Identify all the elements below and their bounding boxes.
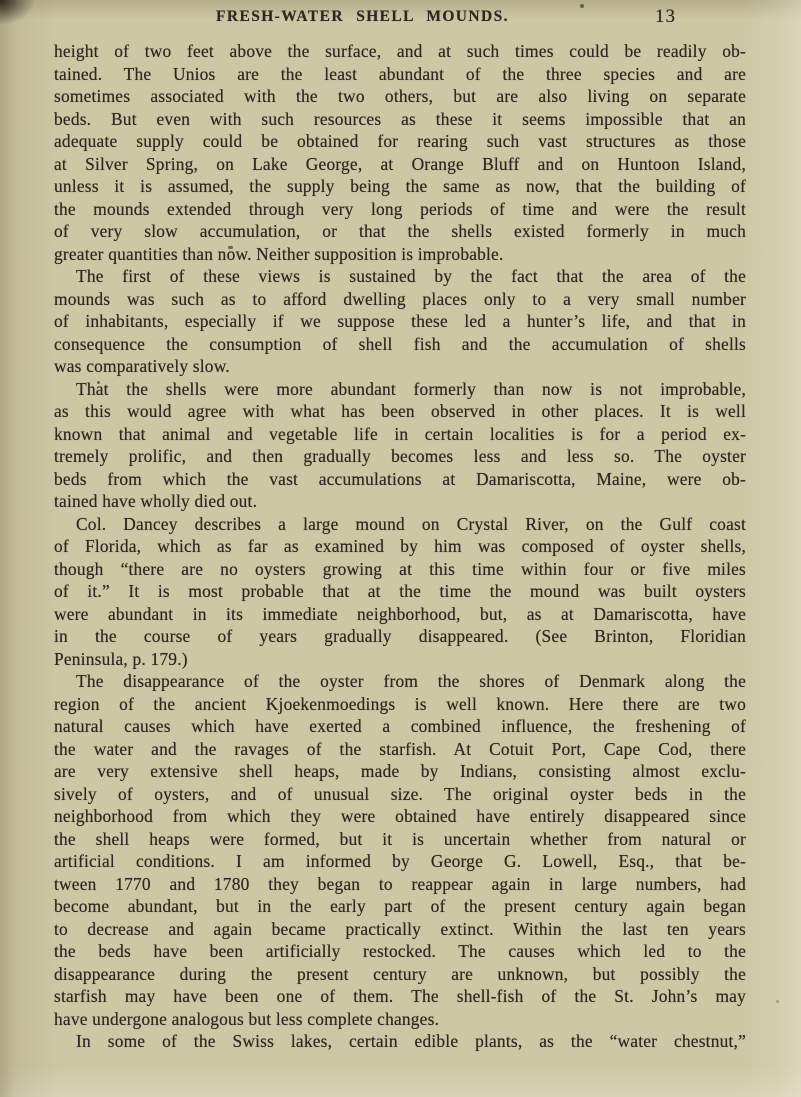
text-line: unless it is assumed, the supply being t… (54, 175, 746, 198)
text-line: of it.” It is most probable that at the … (54, 580, 746, 603)
text-line: tained. The Unios are the least abundant… (54, 63, 746, 86)
scan-speck (228, 246, 233, 249)
text-line: as this would agree with what has been o… (54, 400, 746, 423)
page-number: 13 (655, 6, 676, 28)
running-header-title: FRESH-WATER SHELL MOUNDS. (216, 8, 509, 26)
text-line: beds from which the vast accumulations a… (54, 468, 746, 491)
text-line: of inhabitants, especially if we suppose… (54, 310, 746, 333)
text-line: natural causes which have exerted a comb… (54, 715, 746, 738)
text-line: at Silver Spring, on Lake George, at Ora… (54, 153, 746, 176)
text-line: beds. But even with such resources as th… (54, 108, 746, 131)
text-line: Peninsula, p. 179.) (54, 648, 746, 671)
text-line: starfish may have been one of them. The … (54, 985, 746, 1008)
paragraph: The disappearance of the oyster from the… (54, 670, 746, 1030)
text-line: of very slow accumulation, or that the s… (54, 220, 746, 243)
text-line: the water and the ravages of the starfis… (54, 738, 746, 761)
text-line: consequence the consumption of shell fis… (54, 333, 746, 356)
text-line: sometimes associated with the two others… (54, 85, 746, 108)
paragraph: In some of the Swiss lakes, certain edib… (54, 1030, 746, 1053)
text-line: disappearance during the present century… (54, 963, 746, 986)
paragraph: height of two feet above the surface, an… (54, 40, 746, 265)
running-header: FRESH-WATER SHELL MOUNDS. 13 (0, 6, 801, 30)
scan-speck (580, 4, 584, 8)
text-line: sively of oysters, and of unusual size. … (54, 783, 746, 806)
text-line: was comparatively slow. (54, 355, 746, 378)
text-line: In some of the Swiss lakes, certain edib… (54, 1030, 746, 1053)
text-line: the beds have been artificially restocke… (54, 940, 746, 963)
text-line: Col. Dancey describes a large mound on C… (54, 513, 746, 536)
text-line: in the course of years gradually disappe… (54, 625, 746, 648)
text-line: adequate supply could be obtained for re… (54, 130, 746, 153)
text-line: tained have wholly died out. (54, 490, 746, 513)
text-line: region of the ancient Kjoekenmoedings is… (54, 693, 746, 716)
paragraph: Col. Dancey describes a large mound on C… (54, 513, 746, 671)
scan-speck (776, 1000, 779, 1003)
text-line: tremely prolific, and then gradually bec… (54, 445, 746, 468)
paragraph: That the shells were more abundant forme… (54, 378, 746, 513)
text-line: known that animal and vegetable life in … (54, 423, 746, 446)
text-line: That the shells were more abundant forme… (54, 378, 746, 401)
text-line: were abundant in its immediate neighborh… (54, 603, 746, 626)
text-line: are very extensive shell heaps, made by … (54, 760, 746, 783)
text-line: greater quantities than now. Neither sup… (54, 243, 746, 266)
paragraph: The first of these views is sustained by… (54, 265, 746, 378)
text-line: mounds was such as to afford dwelling pl… (54, 288, 746, 311)
text-line: though “there are no oysters growing at … (54, 558, 746, 581)
page-body: height of two feet above the surface, an… (54, 40, 746, 1053)
scan-speck (97, 381, 100, 384)
text-line: the mounds extended through very long pe… (54, 198, 746, 221)
text-line: to decrease and again became practically… (54, 918, 746, 941)
text-line: the shell heaps were formed, but it is u… (54, 828, 746, 851)
text-line: tween 1770 and 1780 they began to reappe… (54, 873, 746, 896)
text-line: become abundant, but in the early part o… (54, 895, 746, 918)
text-line: The first of these views is sustained by… (54, 265, 746, 288)
text-line: artificial conditions. I am informed by … (54, 850, 746, 873)
text-line: have undergone analogous but less comple… (54, 1008, 746, 1031)
book-page-scan: FRESH-WATER SHELL MOUNDS. 13 height of t… (0, 0, 801, 1097)
text-line: height of two feet above the surface, an… (54, 40, 746, 63)
text-line: of Florida, which as far as examined by … (54, 535, 746, 558)
text-line: neighborhood from which they were obtain… (54, 805, 746, 828)
text-line: The disappearance of the oyster from the… (54, 670, 746, 693)
